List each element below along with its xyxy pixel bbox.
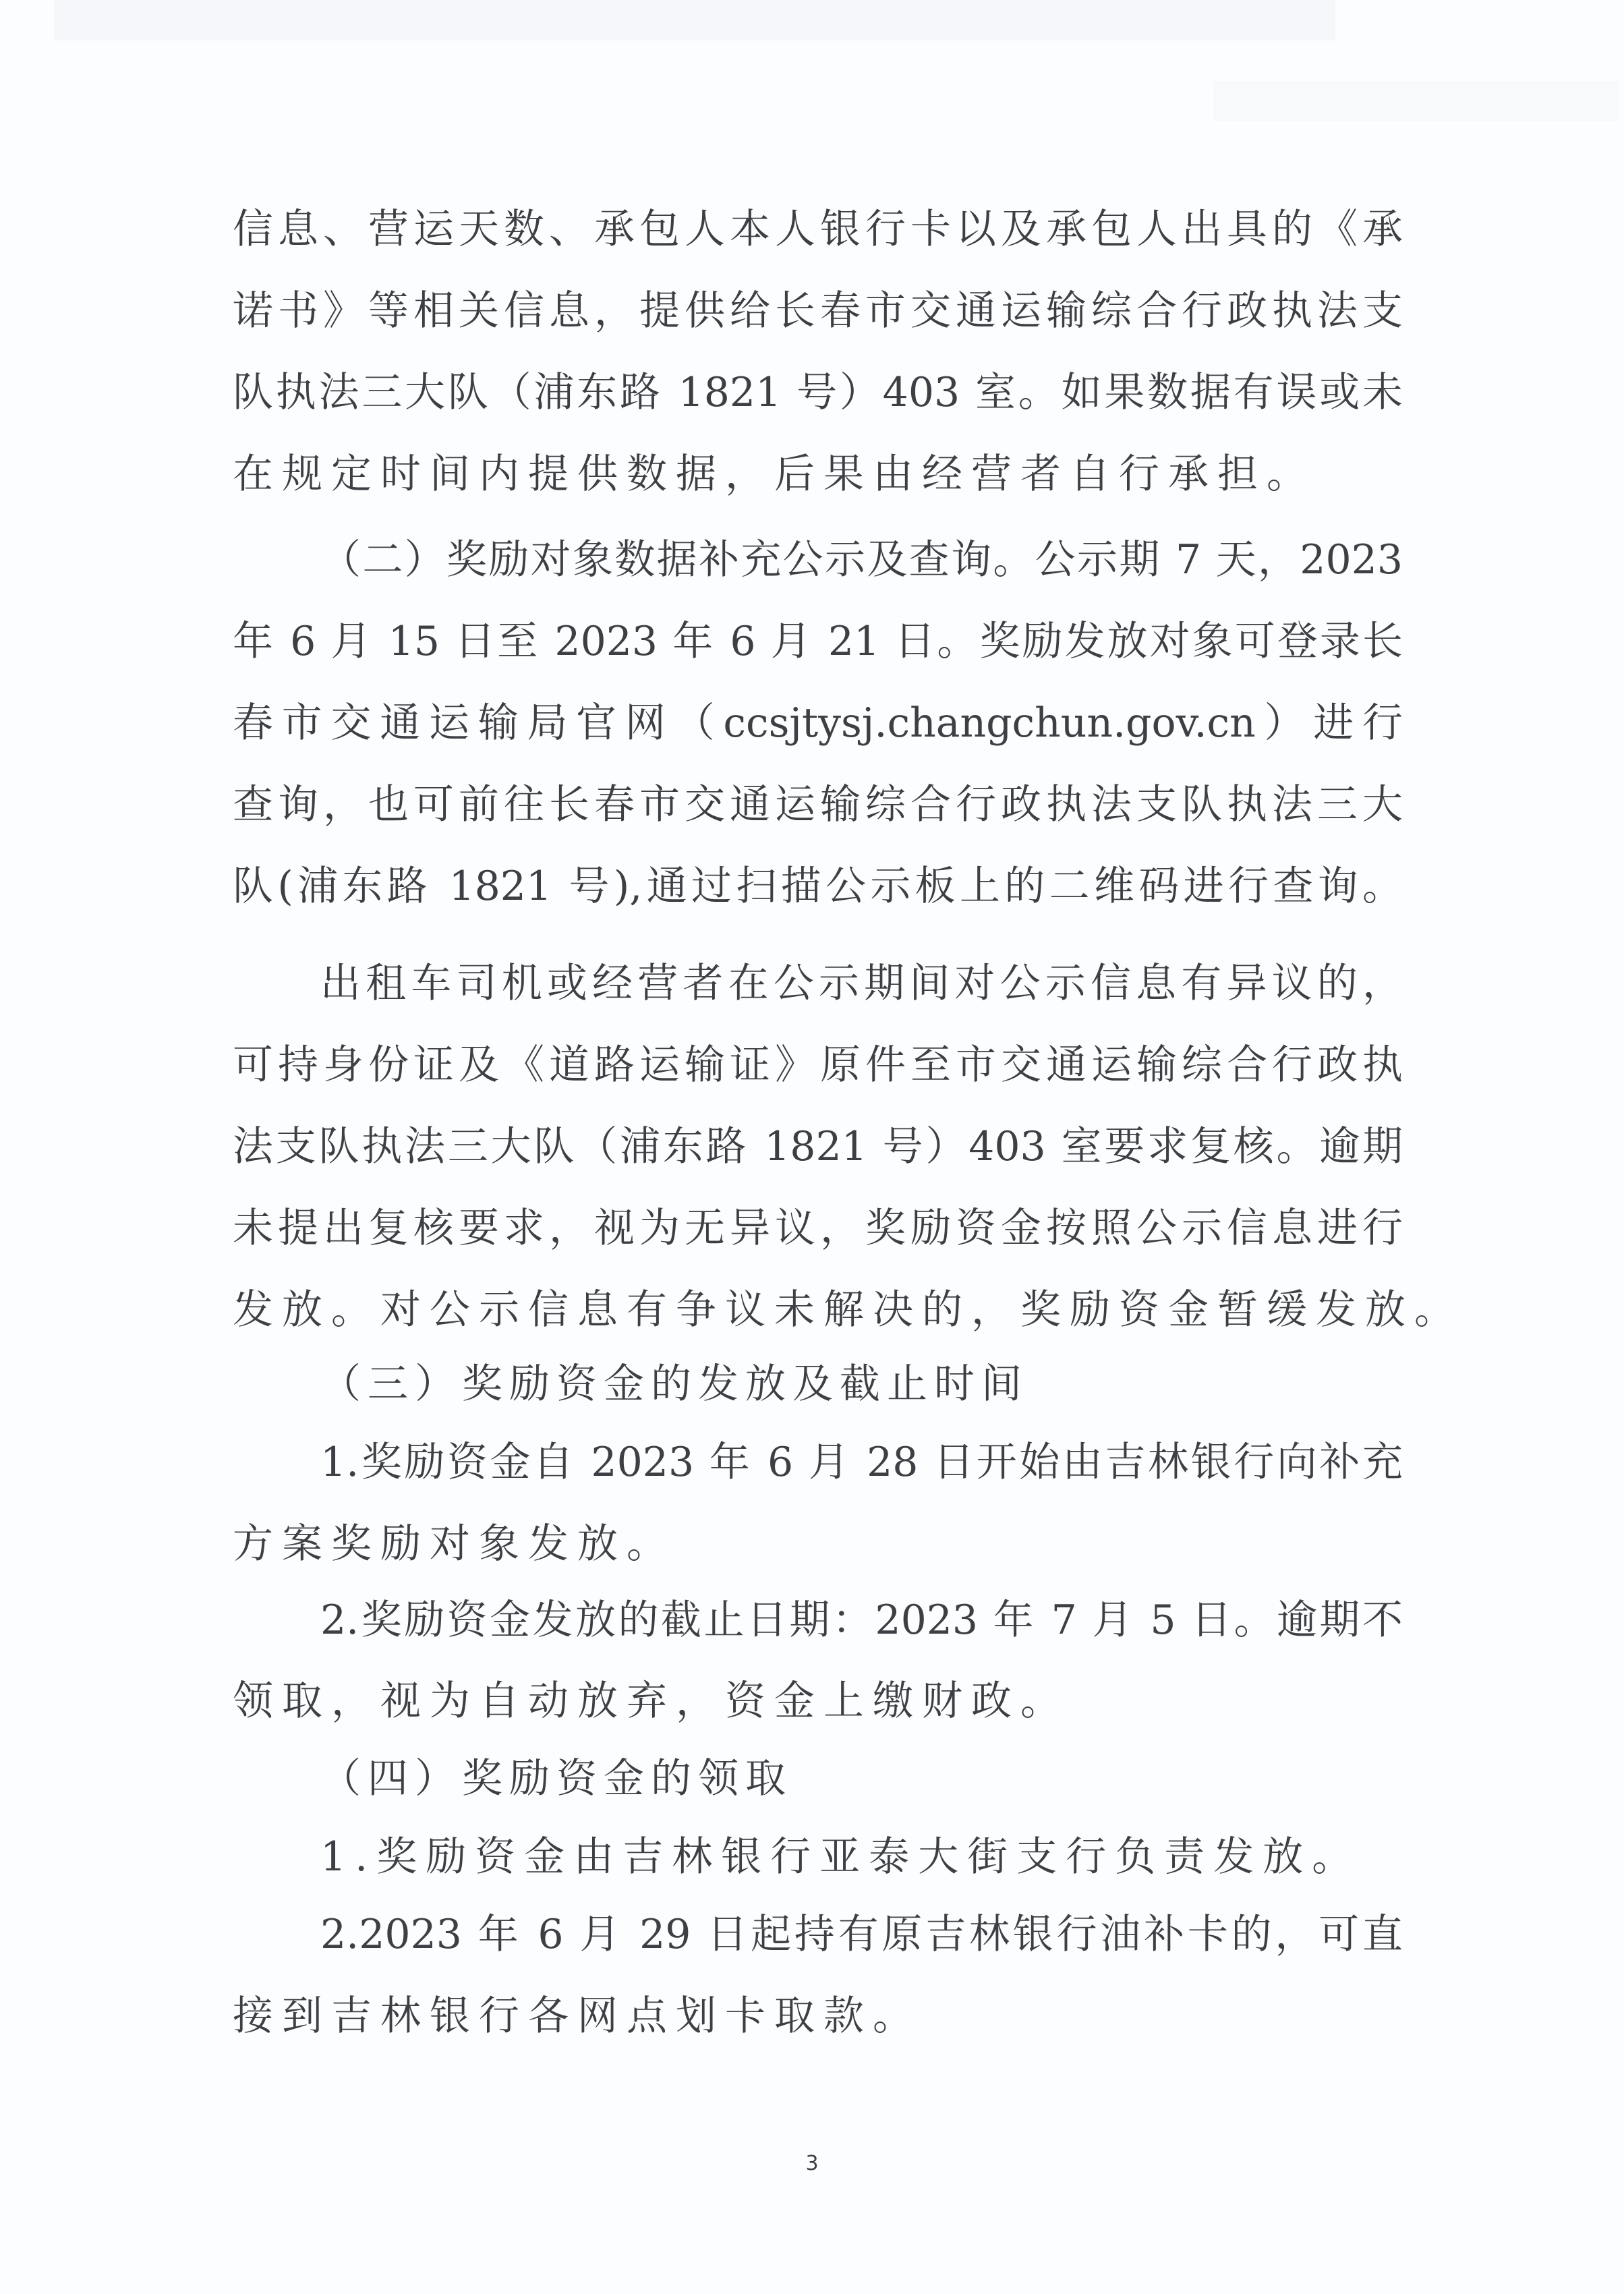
- scan-bleed-right: [1214, 81, 1619, 121]
- body-line: 方案奖励对象发放。: [233, 1517, 676, 1571]
- body-line: 接到吉林银行各网点划卡取款。: [233, 1989, 922, 2043]
- section-2-heading-line: （二）奖励对象数据补充公示及查询。公示期 7 天，2023: [320, 533, 1403, 587]
- body-line: 可持身份证及《道路运输证》原件至市交通运输综合行政执: [233, 1038, 1403, 1092]
- list-item-1-line: 1.奖励资金自 2023 年 6 月 28 日开始由吉林银行向补充: [320, 1435, 1403, 1489]
- body-line: 发放。对公示信息有争议未解决的，奖励资金暂缓发放。: [233, 1283, 1463, 1337]
- scanned-page: 信息、营运天数、承包人本人银行卡以及承包人出具的《承 诺书》等相关信息，提供给长…: [0, 0, 1624, 2294]
- body-line: 在规定时间内提供数据，后果由经营者自行承担。: [233, 447, 1316, 501]
- body-line: 领取，视为自动放弃，资金上缴财政。: [233, 1674, 1070, 1728]
- body-line: 法支队执法三大队（浦东路 1821 号）403 室要求复核。逾期: [233, 1120, 1403, 1174]
- objection-paragraph-line: 出租车司机或经营者在公示期间对公示信息有异议的，: [320, 956, 1403, 1010]
- list-item-2-line: 2.2023 年 6 月 29 日起持有原吉林银行油补卡的，可直: [320, 1908, 1403, 1961]
- body-line: 诺书》等相关信息，提供给长春市交通运输综合行政执法支: [233, 284, 1403, 338]
- body-line: 信息、营运天数、承包人本人银行卡以及承包人出具的《承: [233, 202, 1403, 256]
- list-item-2-line: 2.奖励资金发放的截止日期：2023 年 7 月 5 日。逾期不: [320, 1593, 1403, 1647]
- section-4-heading: （四）奖励资金的领取: [320, 1752, 792, 1806]
- body-line: 查询，也可前往长春市交通运输综合行政执法支队执法三大: [233, 778, 1403, 832]
- body-line: 年 6 月 15 日至 2023 年 6 月 21 日。奖励发放对象可登录长: [233, 614, 1403, 668]
- page-number: 3: [796, 2152, 828, 2175]
- body-line: 队(浦东路 1821 号),通过扫描公示板上的二维码进行查询。: [233, 859, 1403, 913]
- body-line: 未提出复核要求，视为无异议，奖励资金按照公示信息进行: [233, 1201, 1403, 1255]
- body-line-url: 春市交通运输局官网（ccsjtysj.changchun.gov.cn）进行: [233, 696, 1403, 750]
- body-line: 队执法三大队（浦东路 1821 号）403 室。如果数据有误或未: [233, 366, 1403, 420]
- list-item-1-line: 1.奖励资金由吉林银行亚泰大街支行负责发放。: [320, 1830, 1361, 1884]
- section-3-heading: （三）奖励资金的发放及截止时间: [320, 1357, 1028, 1411]
- scan-bleed-top: [54, 0, 1335, 40]
